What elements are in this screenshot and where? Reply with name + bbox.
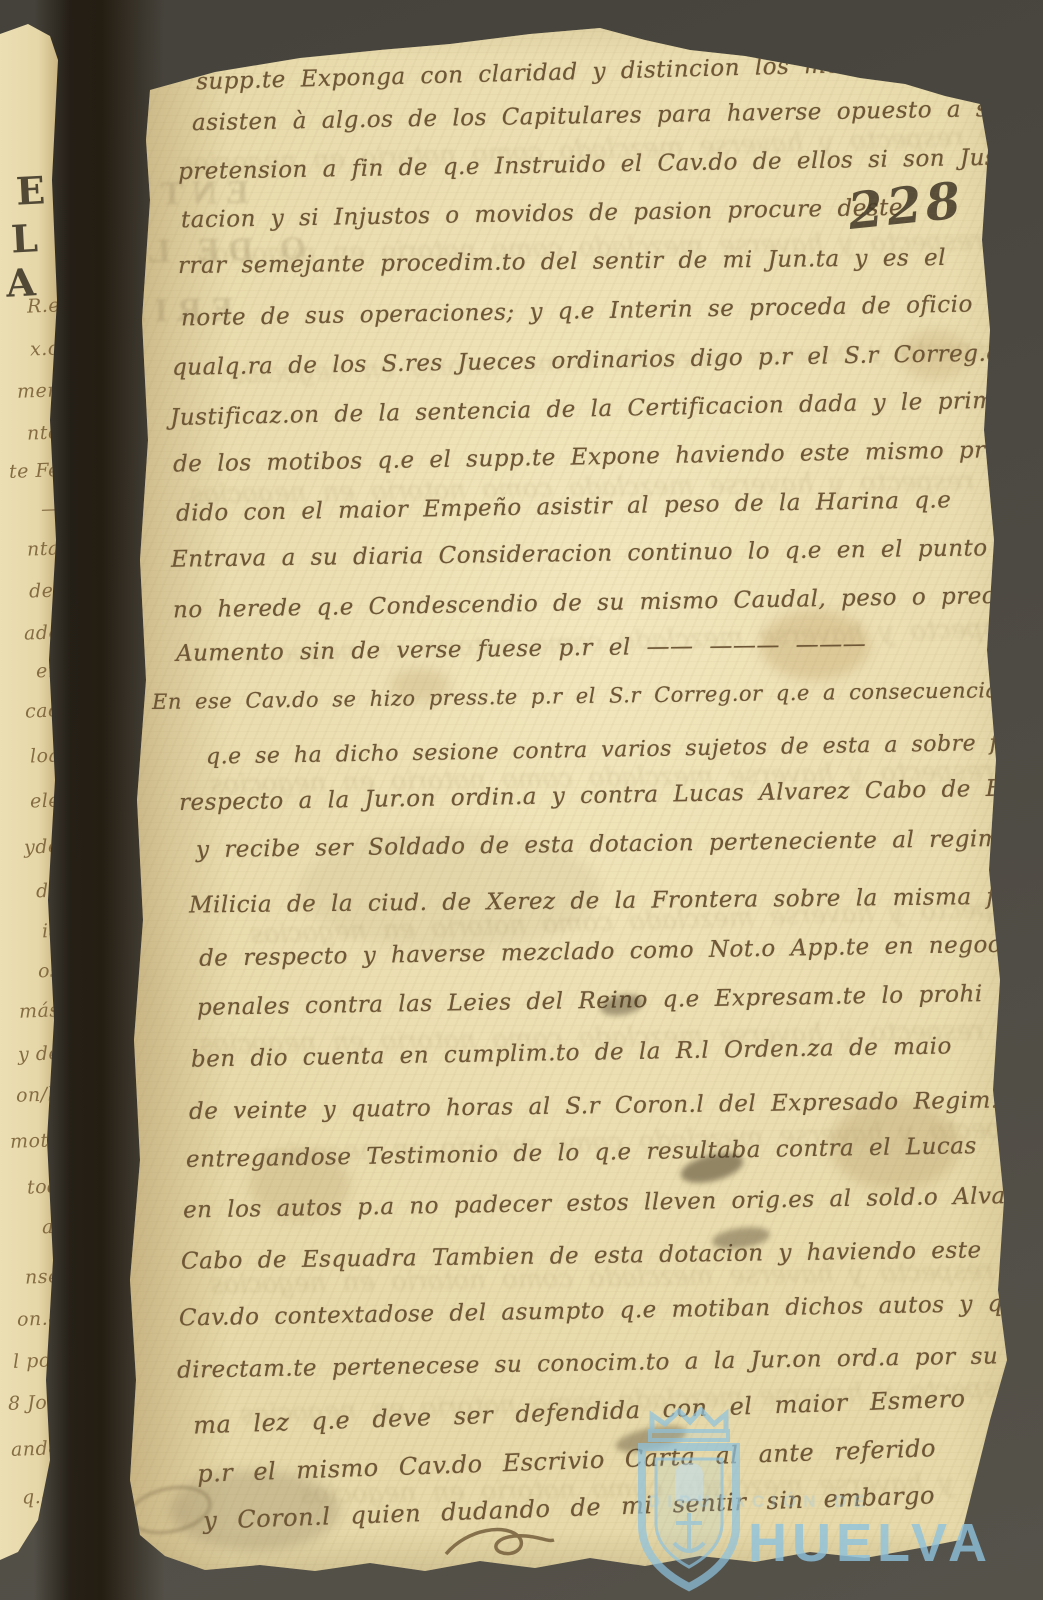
manuscript-text-line: tacion y si Injustos o movidos de pasion…	[181, 195, 903, 234]
manuscript-text-line: Justificaz.on de la sentencia de la Cert…	[170, 387, 1032, 431]
archival-scan-photo: R.ex.omenntete Fe—ntadeladoencaoloaeleyd…	[0, 0, 1043, 1600]
left-page-printed-letter: A	[5, 259, 37, 305]
rubric-flourish	[440, 1520, 560, 1566]
manuscript-text-line: Aumento sin de verse fuese p.r el —— ———…	[176, 631, 867, 667]
left-page-printed-letter: E	[15, 167, 46, 213]
manuscript-text-line: supp.te Exponga con claridad y distincio…	[196, 47, 1043, 95]
folio-number: 228	[845, 170, 967, 241]
manuscript-text-line: norte de sus operaciones; y q.e Interin …	[181, 291, 1023, 332]
left-page-printed-letter: L	[10, 215, 39, 261]
manuscript-text-line: penales contra las Leies del Reino q.e E…	[197, 981, 983, 1021]
manuscript-text-line: y recibe ser Soldado de esta dotacion pe…	[196, 825, 1043, 863]
manuscript-text-line: Entrava a su diaria Consideracion contin…	[171, 535, 988, 572]
manuscript-text-line: En ese Cav.do se hizo press.te p.r el S.…	[152, 676, 1043, 714]
manuscript-page: sobre la misma falta de respecto y haver…	[0, 0, 1043, 1600]
